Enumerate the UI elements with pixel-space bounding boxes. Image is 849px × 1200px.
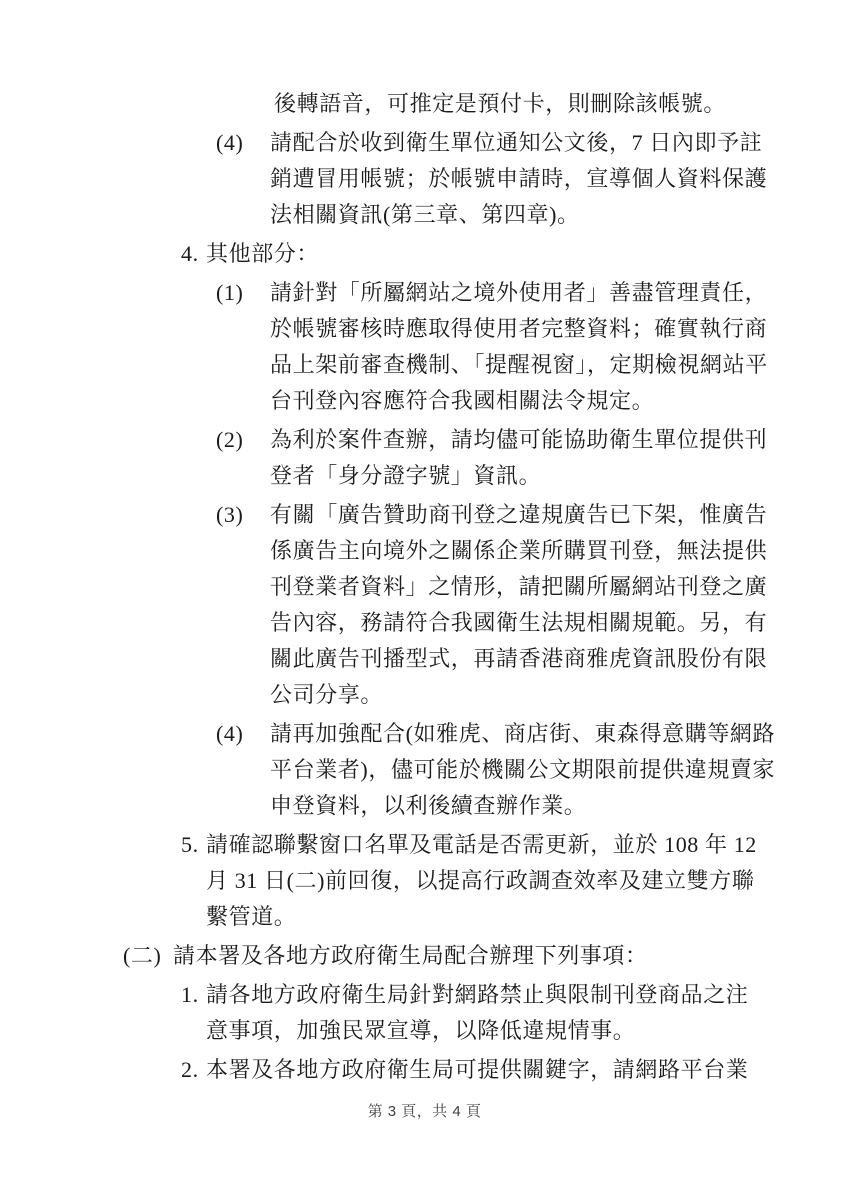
list-marker: (3) [216, 497, 270, 533]
list-item: 1. 請各地方政府衛生局針對網路禁止與限制刊登商品之注 意事項，加強民眾宣導，以… [0, 977, 849, 1049]
list-item: (二) 請本署及各地方政府衛生局配合辦理下列事項： [0, 938, 849, 974]
list-item: 4. 其他部分： [0, 236, 849, 272]
paragraph-text: 後轉語音，可推定是預付卡，則刪除該帳號。 [274, 86, 726, 122]
list-marker: 5. [181, 827, 206, 863]
list-marker: 4. [181, 236, 206, 272]
paragraph-text: 請各地方政府衛生局針對網路禁止與限制刊登商品之注 意事項，加強民眾宣導，以降低違… [206, 977, 748, 1049]
list-item: 2. 本署及各地方政府衛生局可提供關鍵字，請網路平台業 [0, 1052, 849, 1088]
paragraph-text: 其他部分： [206, 236, 319, 272]
list-marker: (4) [216, 125, 270, 161]
paragraph-text: 本署及各地方政府衛生局可提供關鍵字，請網路平台業 [206, 1052, 748, 1088]
paragraph-continuation: 後轉語音，可推定是預付卡，則刪除該帳號。 [0, 86, 849, 122]
paragraph-text: 為利於案件查辦，請均儘可能協助衛生單位提供刊 登者「身分證字號」資訊。 [270, 422, 767, 494]
paragraph-text: 請本署及各地方政府衛生局配合辦理下列事項： [173, 938, 648, 974]
list-item: (1) 請針對「所屬網站之境外使用者」善盡管理責任， 於帳號審核時應取得使用者完… [0, 275, 849, 419]
list-item: (3) 有關「廣告贊助商刊登之違規廣告已下架，惟廣告 係廣告主向境外之關係企業所… [0, 497, 849, 713]
list-marker: 1. [181, 977, 206, 1013]
paragraph-text: 請配合於收到衛生單位通知公文後，7 日內即予註 銷遭冒用帳號；於帳號申請時，宣導… [270, 125, 767, 233]
paragraph-text: 請針對「所屬網站之境外使用者」善盡管理責任， 於帳號審核時應取得使用者完整資料；… [270, 275, 768, 419]
list-marker: 2. [181, 1052, 206, 1088]
list-item: 5. 請確認聯繫窗口名單及電話是否需更新，並於 108 年 12 月 31 日(… [0, 827, 849, 935]
list-item: (2) 為利於案件查辦，請均儘可能協助衛生單位提供刊 登者「身分證字號」資訊。 [0, 422, 849, 494]
paragraph-text: 有關「廣告贊助商刊登之違規廣告已下架，惟廣告 係廣告主向境外之關係企業所購買刊登… [270, 497, 767, 713]
document-page: 後轉語音，可推定是預付卡，則刪除該帳號。 (4) 請配合於收到衛生單位通知公文後… [0, 0, 849, 1088]
list-marker: (2) [216, 422, 270, 458]
list-marker: (4) [216, 716, 270, 752]
paragraph-text: 請再加強配合(如雅虎、商店街、東森得意購等網路 平台業者)，儘可能於機關公文期限… [270, 716, 775, 824]
list-marker: (1) [216, 275, 270, 311]
list-item: (4) 請再加強配合(如雅虎、商店街、東森得意購等網路 平台業者)，儘可能於機關… [0, 716, 849, 824]
page-number: 第 3 頁，共 4 頁 [0, 1100, 849, 1121]
paragraph-text: 請確認聯繫窗口名單及電話是否需更新，並於 108 年 12 月 31 日(二)前… [206, 827, 757, 935]
list-marker: (二) [123, 938, 173, 974]
list-item: (4) 請配合於收到衛生單位通知公文後，7 日內即予註 銷遭冒用帳號；於帳號申請… [0, 125, 849, 233]
